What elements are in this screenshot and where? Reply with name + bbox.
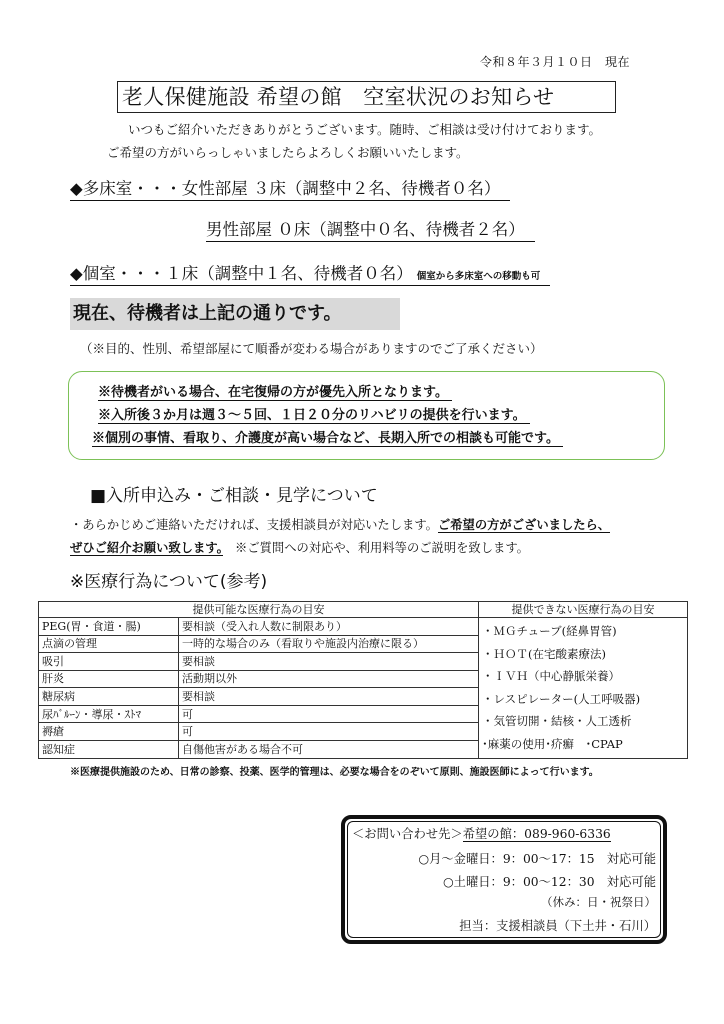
private-room-note: 個室から多床室への移動も可 — [417, 271, 541, 282]
holiday-note: （休み：日・祝祭日） — [541, 894, 656, 910]
multi-room-female: ◆多床室・・・女性部屋 ３床（調整中２名、待機者０名） — [70, 175, 510, 201]
not-possible-item: ・ＭＧチューブ(経鼻胃管) — [482, 620, 684, 643]
admission-paragraph-line-2: ぜひご紹介お願い致します。 ※ご質問への対応や、利用料等のご説明を致します。 — [70, 538, 529, 556]
saturday-hours: ○土曜日：9：00～12：30 対応可能 — [443, 872, 656, 890]
not-possible-item: ・ＩＶＨ（中心静脈栄養） — [482, 665, 684, 688]
not-possible-list: ・ＭＧチューブ(経鼻胃管) ・ＨＯＴ(在宅酸素療法) ・ＩＶＨ（中心静脈栄養） … — [479, 618, 688, 759]
admission-paragraph-line-1: ・あらかじめご連絡いただければ、支援相談員が対応いたします。ご希望の方がございま… — [70, 515, 610, 533]
procedure-status: 自傷他害がある場合不可 — [179, 740, 479, 758]
procedure-status: 可 — [179, 723, 479, 741]
header-possible: 提供可能な医療行為の目安 — [39, 602, 479, 618]
header-impossible: 提供できない医療行為の目安 — [479, 602, 688, 618]
weekday-hours: ○月～金曜日：9：00～17：15 対応可能 — [418, 849, 656, 867]
procedure-status: 要相談 — [179, 688, 479, 706]
medical-procedures-table: 提供可能な医療行為の目安 提供できない医療行為の目安 PEG(胃・食道・腸) 要… — [38, 601, 688, 759]
notice-item: ※個別の事情、看取り、介護度が高い場合など、長期入所での相談も可能です。 — [92, 427, 563, 447]
procedure-item: 尿ﾊﾞﾙｰﾝ・導尿・ｽﾄﾏ — [39, 705, 179, 723]
procedure-status: 要相談（受入れ人数に制限あり） — [179, 618, 479, 636]
medical-heading: ※医療行為について(参考) — [70, 567, 267, 592]
not-possible-item: ・気管切開・結核・人工透析 — [482, 710, 684, 733]
admission-emphasis: ご希望の方がございましたら、 — [438, 517, 610, 533]
procedure-item: 肝炎 — [39, 670, 179, 688]
procedure-item: PEG(胃・食道・腸) — [39, 618, 179, 636]
procedure-status: 活動期以外 — [179, 670, 479, 688]
admission-text: ※ご質問への対応や、利用料等のご説明を致します。 — [223, 541, 529, 555]
page-title: 老人保健施設 希望の館 空室状況のお知らせ — [117, 81, 616, 113]
not-possible-item: ・レスピレーター(人工呼吸器) — [482, 688, 684, 711]
not-possible-item: ・ＨＯＴ(在宅酸素療法) — [482, 643, 684, 666]
procedure-item: 糖尿病 — [39, 688, 179, 706]
procedure-item: 点滴の管理 — [39, 635, 179, 653]
admission-text: ・あらかじめご連絡いただければ、支援相談員が対応いたします。 — [70, 518, 438, 532]
table-row: PEG(胃・食道・腸) 要相談（受入れ人数に制限あり） ・ＭＧチューブ(経鼻胃管… — [39, 618, 688, 636]
admission-emphasis: ぜひご紹介お願い致します。 — [70, 540, 223, 556]
private-room: ◆個室・・・１床（調整中１名、待機者０名）個室から多床室への移動も可 — [70, 260, 550, 286]
not-possible-item: ･麻薬の使用･疥癬 ･CPAP — [482, 733, 684, 756]
procedure-status: 要相談 — [179, 653, 479, 671]
contact-label: ＜お問い合わせ先＞ — [352, 827, 463, 841]
procedure-item: 吸引 — [39, 653, 179, 671]
order-note: （※目的、性別、希望部屋にて順番が変わる場合がありますのでご了承ください） — [80, 339, 543, 357]
notice-item: ※待機者がいる場合、在宅復帰の方が優先入所となります。 — [98, 381, 452, 401]
procedure-item: 褥瘡 — [39, 723, 179, 741]
admission-heading: ■入所申込み・ご相談・見学について — [90, 481, 378, 506]
intro-line-1: いつもご紹介いただきありがとうございます。随時、ご相談は受け付けております。 — [128, 120, 601, 138]
current-status-banner: 現在、待機者は上記の通りです。 — [70, 298, 400, 330]
multi-room-male: 男性部屋 ０床（調整中０名、待機者２名） — [206, 216, 535, 242]
procedure-item: 認知症 — [39, 740, 179, 758]
notice-item: ※入所後３か月は週３～５回、１日２０分のリハビリの提供を行います。 — [98, 404, 530, 424]
procedure-status: 可 — [179, 705, 479, 723]
contact-staff: 担当：支援相談員（下土井・石川） — [459, 916, 656, 934]
intro-line-2: ご希望の方がいらっしゃいましたらよろしくお願いいたします。 — [107, 143, 469, 161]
private-room-status: ◆個室・・・１床（調整中１名、待機者０名） — [70, 264, 413, 283]
medical-footnote: ※医療提供施設のため、日常の診察、投薬、医学的管理は、必要な場合をのぞいて原則、… — [70, 763, 599, 778]
date-stamp: 令和８年３月１０日 現在 — [480, 53, 630, 70]
contact-phone[interactable]: 希望の館：089-960-6336 — [463, 827, 611, 842]
procedure-status: 一時的な場合のみ（看取りや施設内治療に限る） — [179, 635, 479, 653]
contact-heading: ＜お問い合わせ先＞希望の館：089-960-6336 — [352, 824, 611, 842]
table-header-row: 提供可能な医療行為の目安 提供できない医療行為の目安 — [39, 602, 688, 618]
